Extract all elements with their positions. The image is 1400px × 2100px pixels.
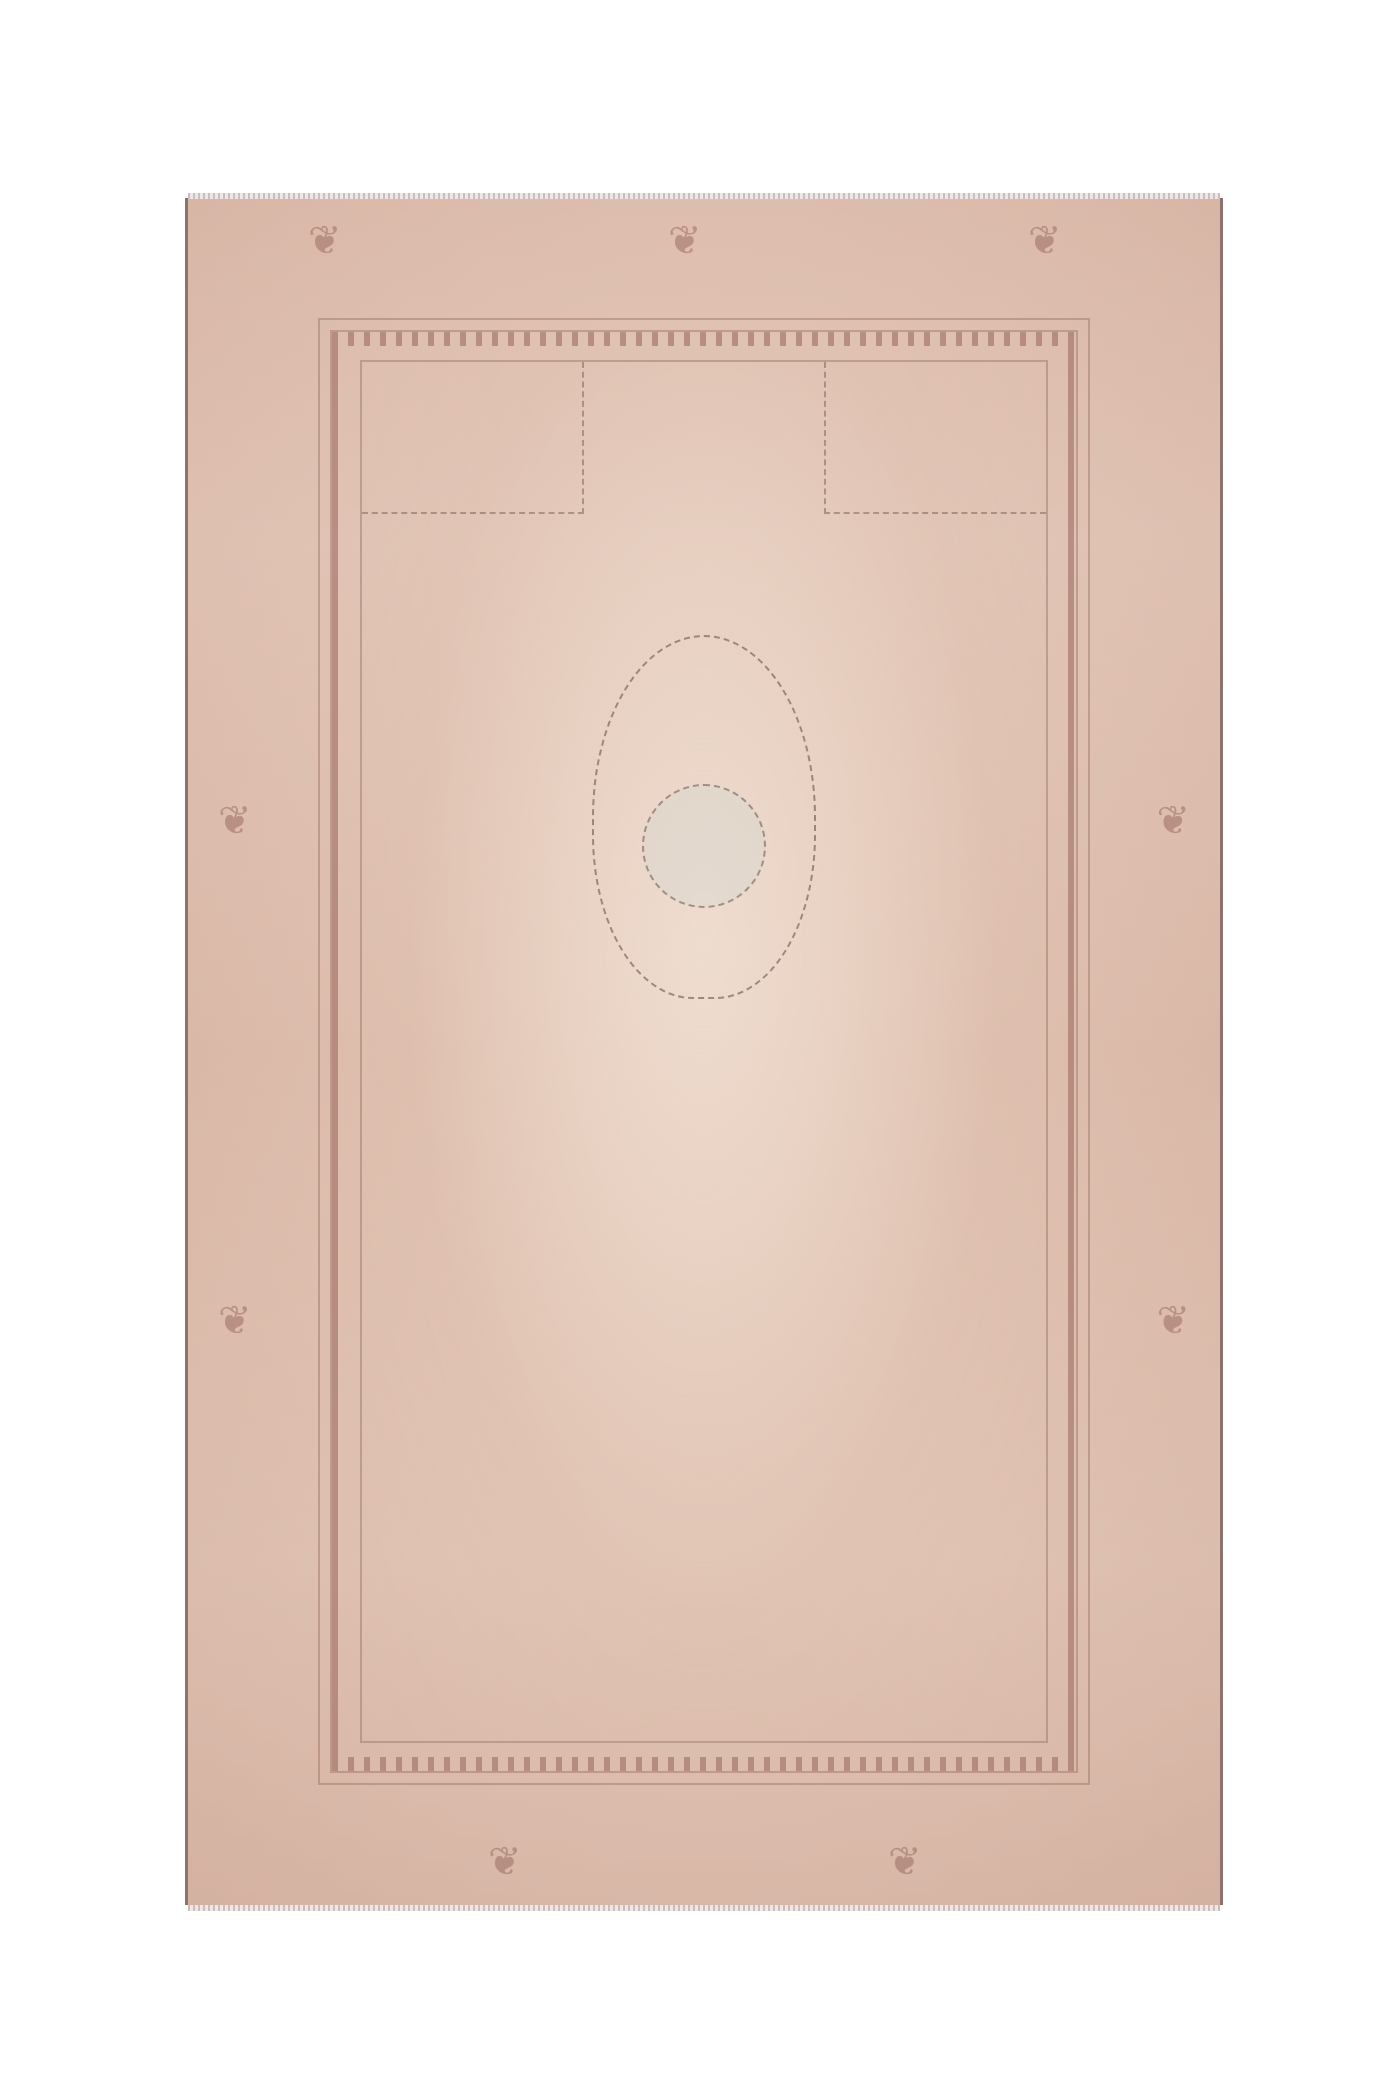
medallion-core (642, 784, 766, 908)
field (360, 360, 1048, 1743)
border-motif: ❦ (1156, 798, 1190, 844)
central-medallion (592, 635, 816, 999)
border-motif: ❦ (1028, 218, 1062, 264)
border-motif: ❦ (668, 218, 702, 264)
border-motif: ❦ (888, 1839, 922, 1885)
border-motif: ❦ (1156, 1298, 1190, 1344)
rug: ❦ ❦ ❦ ❦ ❦ ❦ ❦ ❦ ❦ (185, 198, 1223, 1905)
corner-spandrel-right (824, 362, 1046, 514)
border-motif: ❦ (308, 218, 342, 264)
corner-spandrel-left (362, 362, 584, 514)
border-motif: ❦ (218, 798, 252, 844)
border-motif: ❦ (488, 1839, 522, 1885)
border-motif: ❦ (218, 1298, 252, 1344)
bottom-fringe (188, 1905, 1220, 1911)
inner-frame (318, 318, 1090, 1785)
